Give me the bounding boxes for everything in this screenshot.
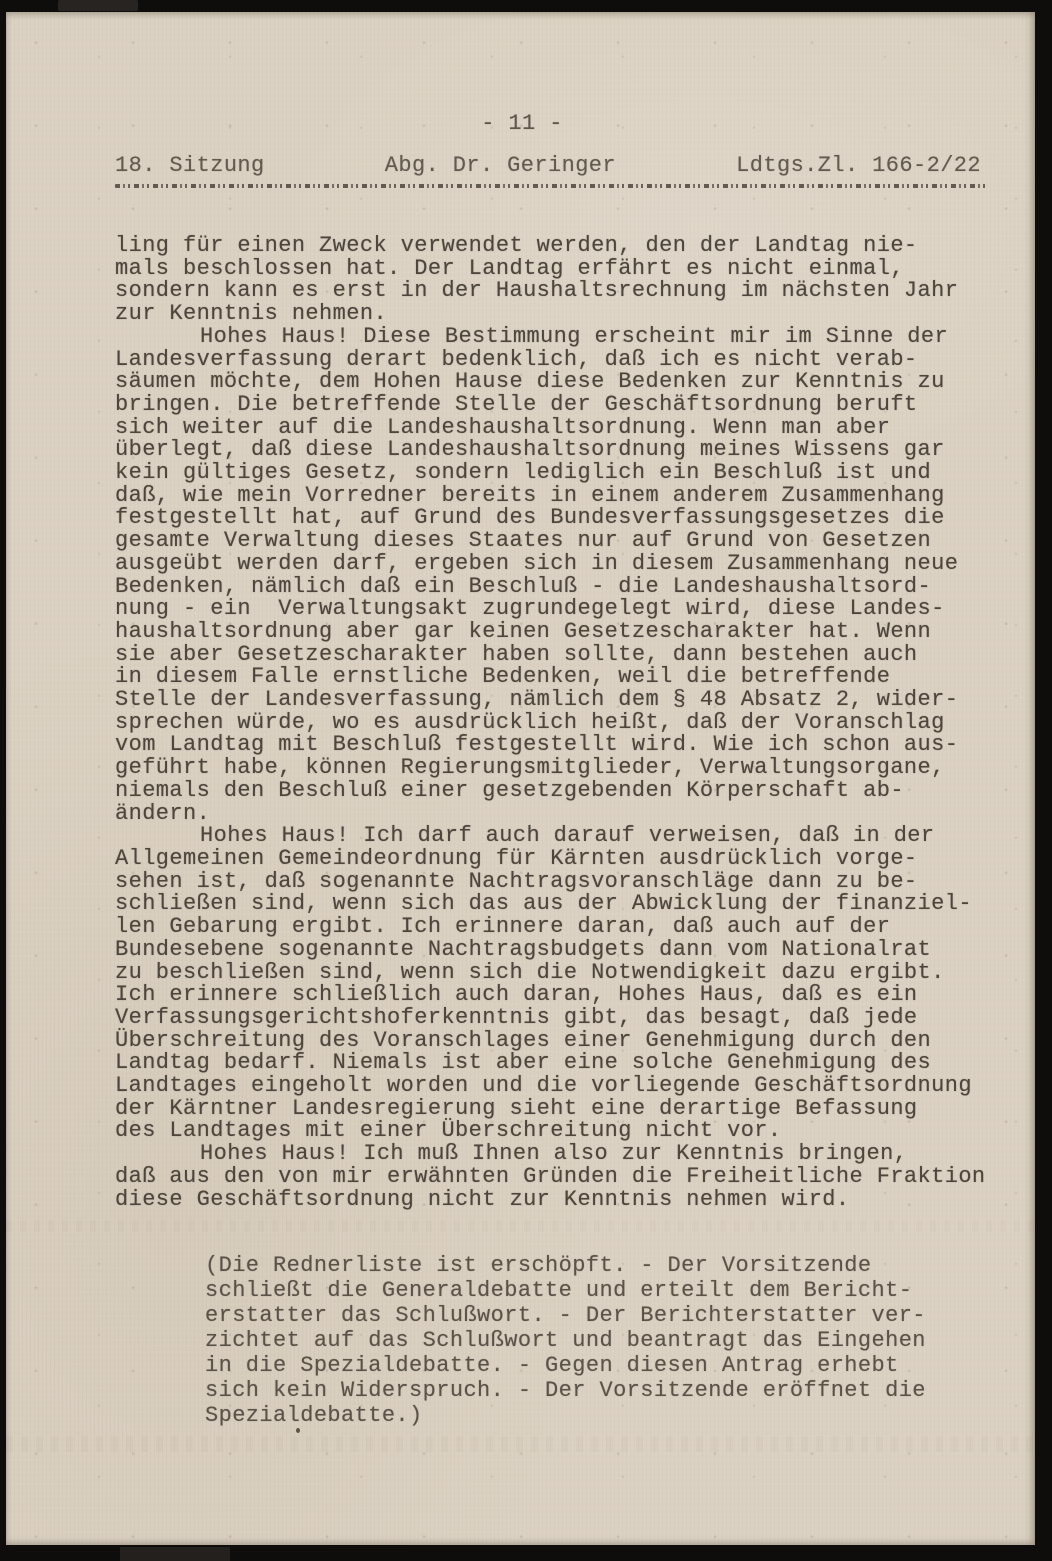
scan-artifact-band [6, 1436, 1035, 1452]
header-session-label: 18. Sitzung [115, 154, 265, 178]
scan-artifact-band [6, 1220, 1035, 1232]
dashed-rule [115, 184, 987, 188]
ink-speck [296, 1428, 300, 1433]
closing-note: (Die Rednerliste ist erschöpft. - Der Vo… [205, 1253, 1035, 1428]
paper-sheet: - 11 - 18. Sitzung Abg. Dr. Geringer Ldt… [6, 12, 1035, 1545]
scan-frame-smudge [120, 1547, 230, 1561]
paragraph: Hohes Haus! Ich darf auch darauf verweis… [115, 825, 1035, 1143]
header-reference-number: Ldtgs.Zl. 166-2/22 [736, 154, 981, 178]
header-speaker-label: Abg. Dr. Geringer [385, 154, 616, 178]
body-text: ling für einen Zweck verwendet werden, d… [115, 235, 1035, 1211]
scan-frame-smudge [58, 0, 138, 11]
paragraph: Hohes Haus! Diese Bestimmung erscheint m… [115, 326, 1035, 825]
paragraph: ling für einen Zweck verwendet werden, d… [115, 235, 1035, 326]
scanned-page: - 11 - 18. Sitzung Abg. Dr. Geringer Ldt… [0, 0, 1052, 1561]
page-number: - 11 - [89, 112, 955, 136]
paragraph: Hohes Haus! Ich muß Ihnen also zur Kennt… [115, 1143, 1035, 1211]
page-header: 18. Sitzung Abg. Dr. Geringer Ldtgs.Zl. … [115, 154, 981, 178]
